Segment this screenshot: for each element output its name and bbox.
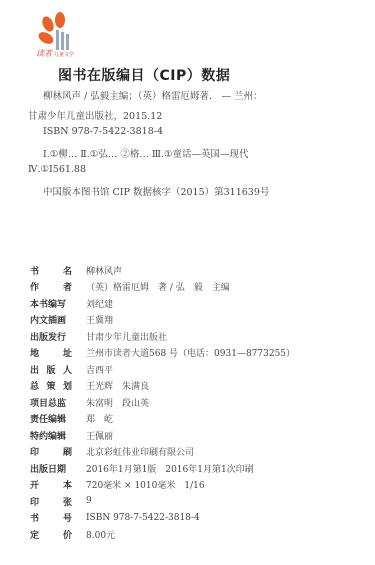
colophon-value: 兰州市读者大道568 号（电话：0931—8773255） <box>82 346 295 359</box>
colophon-label: 本书编写 <box>30 297 82 310</box>
colophon-row: 地址兰州市读者大道568 号（电话：0931—8773255） <box>30 345 295 362</box>
colophon-label-part: 出版日期 <box>30 462 66 475</box>
colophon-label: 出版发行 <box>30 330 82 343</box>
colophon-row: 总策划王光辉 朱满良 <box>30 378 295 395</box>
colophon-label: 印张 <box>30 495 82 508</box>
colophon-row: 责任编辑郑 屹 <box>30 411 295 428</box>
colophon-label-part: 价 <box>63 528 72 541</box>
colophon-row: 印张9 <box>30 493 295 510</box>
colophon-label: 特约编辑 <box>30 429 82 442</box>
colophon-label-part: 址 <box>63 346 72 359</box>
colophon-label-part: 策 <box>46 379 55 392</box>
colophon-label-part: 出 <box>30 363 39 376</box>
colophon-label: 出版人 <box>30 363 82 376</box>
colophon-row: 书名柳林风声 <box>30 262 295 279</box>
colophon-label-part: 出版发行 <box>30 330 66 343</box>
colophon-row: 作者（英）格雷厄姆 著 / 弘 毅 主编 <box>30 279 295 296</box>
colophon-label-part: 者 <box>63 280 72 293</box>
colophon-value: 柳林风声 <box>82 264 122 277</box>
colophon-label-part: 人 <box>63 363 72 376</box>
colophon-value: 720毫米 × 1010毫米 1/16 <box>82 478 205 491</box>
colophon-label: 印刷 <box>30 445 82 458</box>
colophon-value: 8.00元 <box>82 528 115 541</box>
cip-line-classification: Ⅰ.①柳… Ⅱ.①弘… ②格… Ⅲ.①童话—英国—现代 <box>43 146 249 160</box>
colophon-label-part: 内文插画 <box>30 313 66 326</box>
colophon-row: 书号ISBN 978-7-5422-3818-4 <box>30 510 295 527</box>
colophon-label: 书名 <box>30 264 82 277</box>
colophon-label-part: 本 <box>63 478 72 491</box>
colophon-value: 2016年1月第1版 2016年1月第1次印刷 <box>82 462 254 475</box>
colophon-label: 出版日期 <box>30 462 82 475</box>
colophon-label-part: 印 <box>30 445 39 458</box>
colophon-label-part: 划 <box>63 379 72 392</box>
colophon-label: 内文插画 <box>30 313 82 326</box>
colophon-row: 项目总监朱富明 段山英 <box>30 394 295 411</box>
colophon-label-part: 张 <box>63 495 72 508</box>
colophon-row: 开本720毫米 × 1010毫米 1/16 <box>30 477 295 494</box>
cip-record-number: 中国版本图书馆 CIP 数据核字（2015）第311639号 <box>43 184 269 198</box>
colophon-label-part: 号 <box>63 511 72 524</box>
colophon-value: 9 <box>82 496 92 506</box>
colophon-value: 刘纪建 <box>82 297 113 310</box>
colophon-label: 作者 <box>30 280 82 293</box>
colophon-value: 王冀翔 <box>82 313 113 326</box>
cip-isbn: ISBN 978-7-5422-3818-4 <box>43 126 163 137</box>
colophon-label-part: 名 <box>63 264 72 277</box>
colophon-value: 朱富明 段山英 <box>82 396 149 409</box>
colophon-value: 北京彩虹伟业印刷有限公司 <box>82 445 194 458</box>
colophon-label-part: 责任编辑 <box>30 412 66 425</box>
colophon-label-part: 作 <box>30 280 39 293</box>
colophon-row: 出版人吉西平 <box>30 361 295 378</box>
colophon-label: 责任编辑 <box>30 412 82 425</box>
colophon-table: 书名柳林风声作者（英）格雷厄姆 著 / 弘 毅 主编本书编写刘纪建内文插画王冀翔… <box>30 262 295 543</box>
cip-line-class-number: Ⅳ.①I561.88 <box>28 164 86 175</box>
colophon-label-part: 定 <box>30 528 39 541</box>
colophon-row: 本书编写刘纪建 <box>30 295 295 312</box>
colophon-label: 项目总监 <box>30 396 82 409</box>
colophon-label: 地址 <box>30 346 82 359</box>
colophon-label-part: 特约编辑 <box>30 429 66 442</box>
colophon-label-part: 书 <box>30 511 39 524</box>
logo-icon: 读者 儿童文学 <box>36 10 80 58</box>
svg-text:读者: 读者 <box>36 49 53 58</box>
colophon-label-part: 总 <box>30 379 39 392</box>
colophon-label-part: 项目总监 <box>30 396 66 409</box>
colophon-label: 定价 <box>30 528 82 541</box>
colophon-value: 郑 屹 <box>82 412 113 425</box>
colophon-value: ISBN 978-7-5422-3818-4 <box>82 513 200 523</box>
colophon-label-part: 刷 <box>63 445 72 458</box>
colophon-label-part: 印 <box>30 495 39 508</box>
cip-line-1: 柳林风声 / 弘毅主编；（英）格雷厄姆著. — 兰州： <box>43 88 263 102</box>
colophon-label-part: 本书编写 <box>30 297 66 310</box>
colophon-label-part: 地 <box>30 346 39 359</box>
colophon-row: 出版日期2016年1月第1版 2016年1月第1次印刷 <box>30 460 295 477</box>
colophon-row: 出版发行甘肃少年儿童出版社 <box>30 328 295 345</box>
colophon-label-part: 版 <box>46 363 55 376</box>
colophon-row: 特约编辑王佩丽 <box>30 427 295 444</box>
colophon-row: 印刷北京彩虹伟业印刷有限公司 <box>30 444 295 461</box>
colophon-value: 甘肃少年儿童出版社 <box>82 330 167 343</box>
colophon-label: 书号 <box>30 511 82 524</box>
colophon-row: 定价8.00元 <box>30 526 295 543</box>
cip-title: 图书在版编目（CIP）数据 <box>58 65 230 85</box>
colophon-label-part: 书 <box>30 264 39 277</box>
svg-text:儿童文学: 儿童文学 <box>54 51 74 58</box>
colophon-row: 内文插画王冀翔 <box>30 312 295 329</box>
colophon-value: 吉西平 <box>82 363 113 376</box>
colophon-value: （英）格雷厄姆 著 / 弘 毅 主编 <box>82 280 230 293</box>
colophon-label: 开本 <box>30 478 82 491</box>
publisher-logo: 读者 儿童文学 <box>36 10 80 58</box>
colophon-value: 王光辉 朱满良 <box>82 379 149 392</box>
colophon-label: 总策划 <box>30 379 82 392</box>
colophon-label-part: 开 <box>30 478 39 491</box>
colophon-value: 王佩丽 <box>82 429 113 442</box>
cip-line-2: 甘肃少年儿童出版社，2015.12 <box>28 108 162 122</box>
